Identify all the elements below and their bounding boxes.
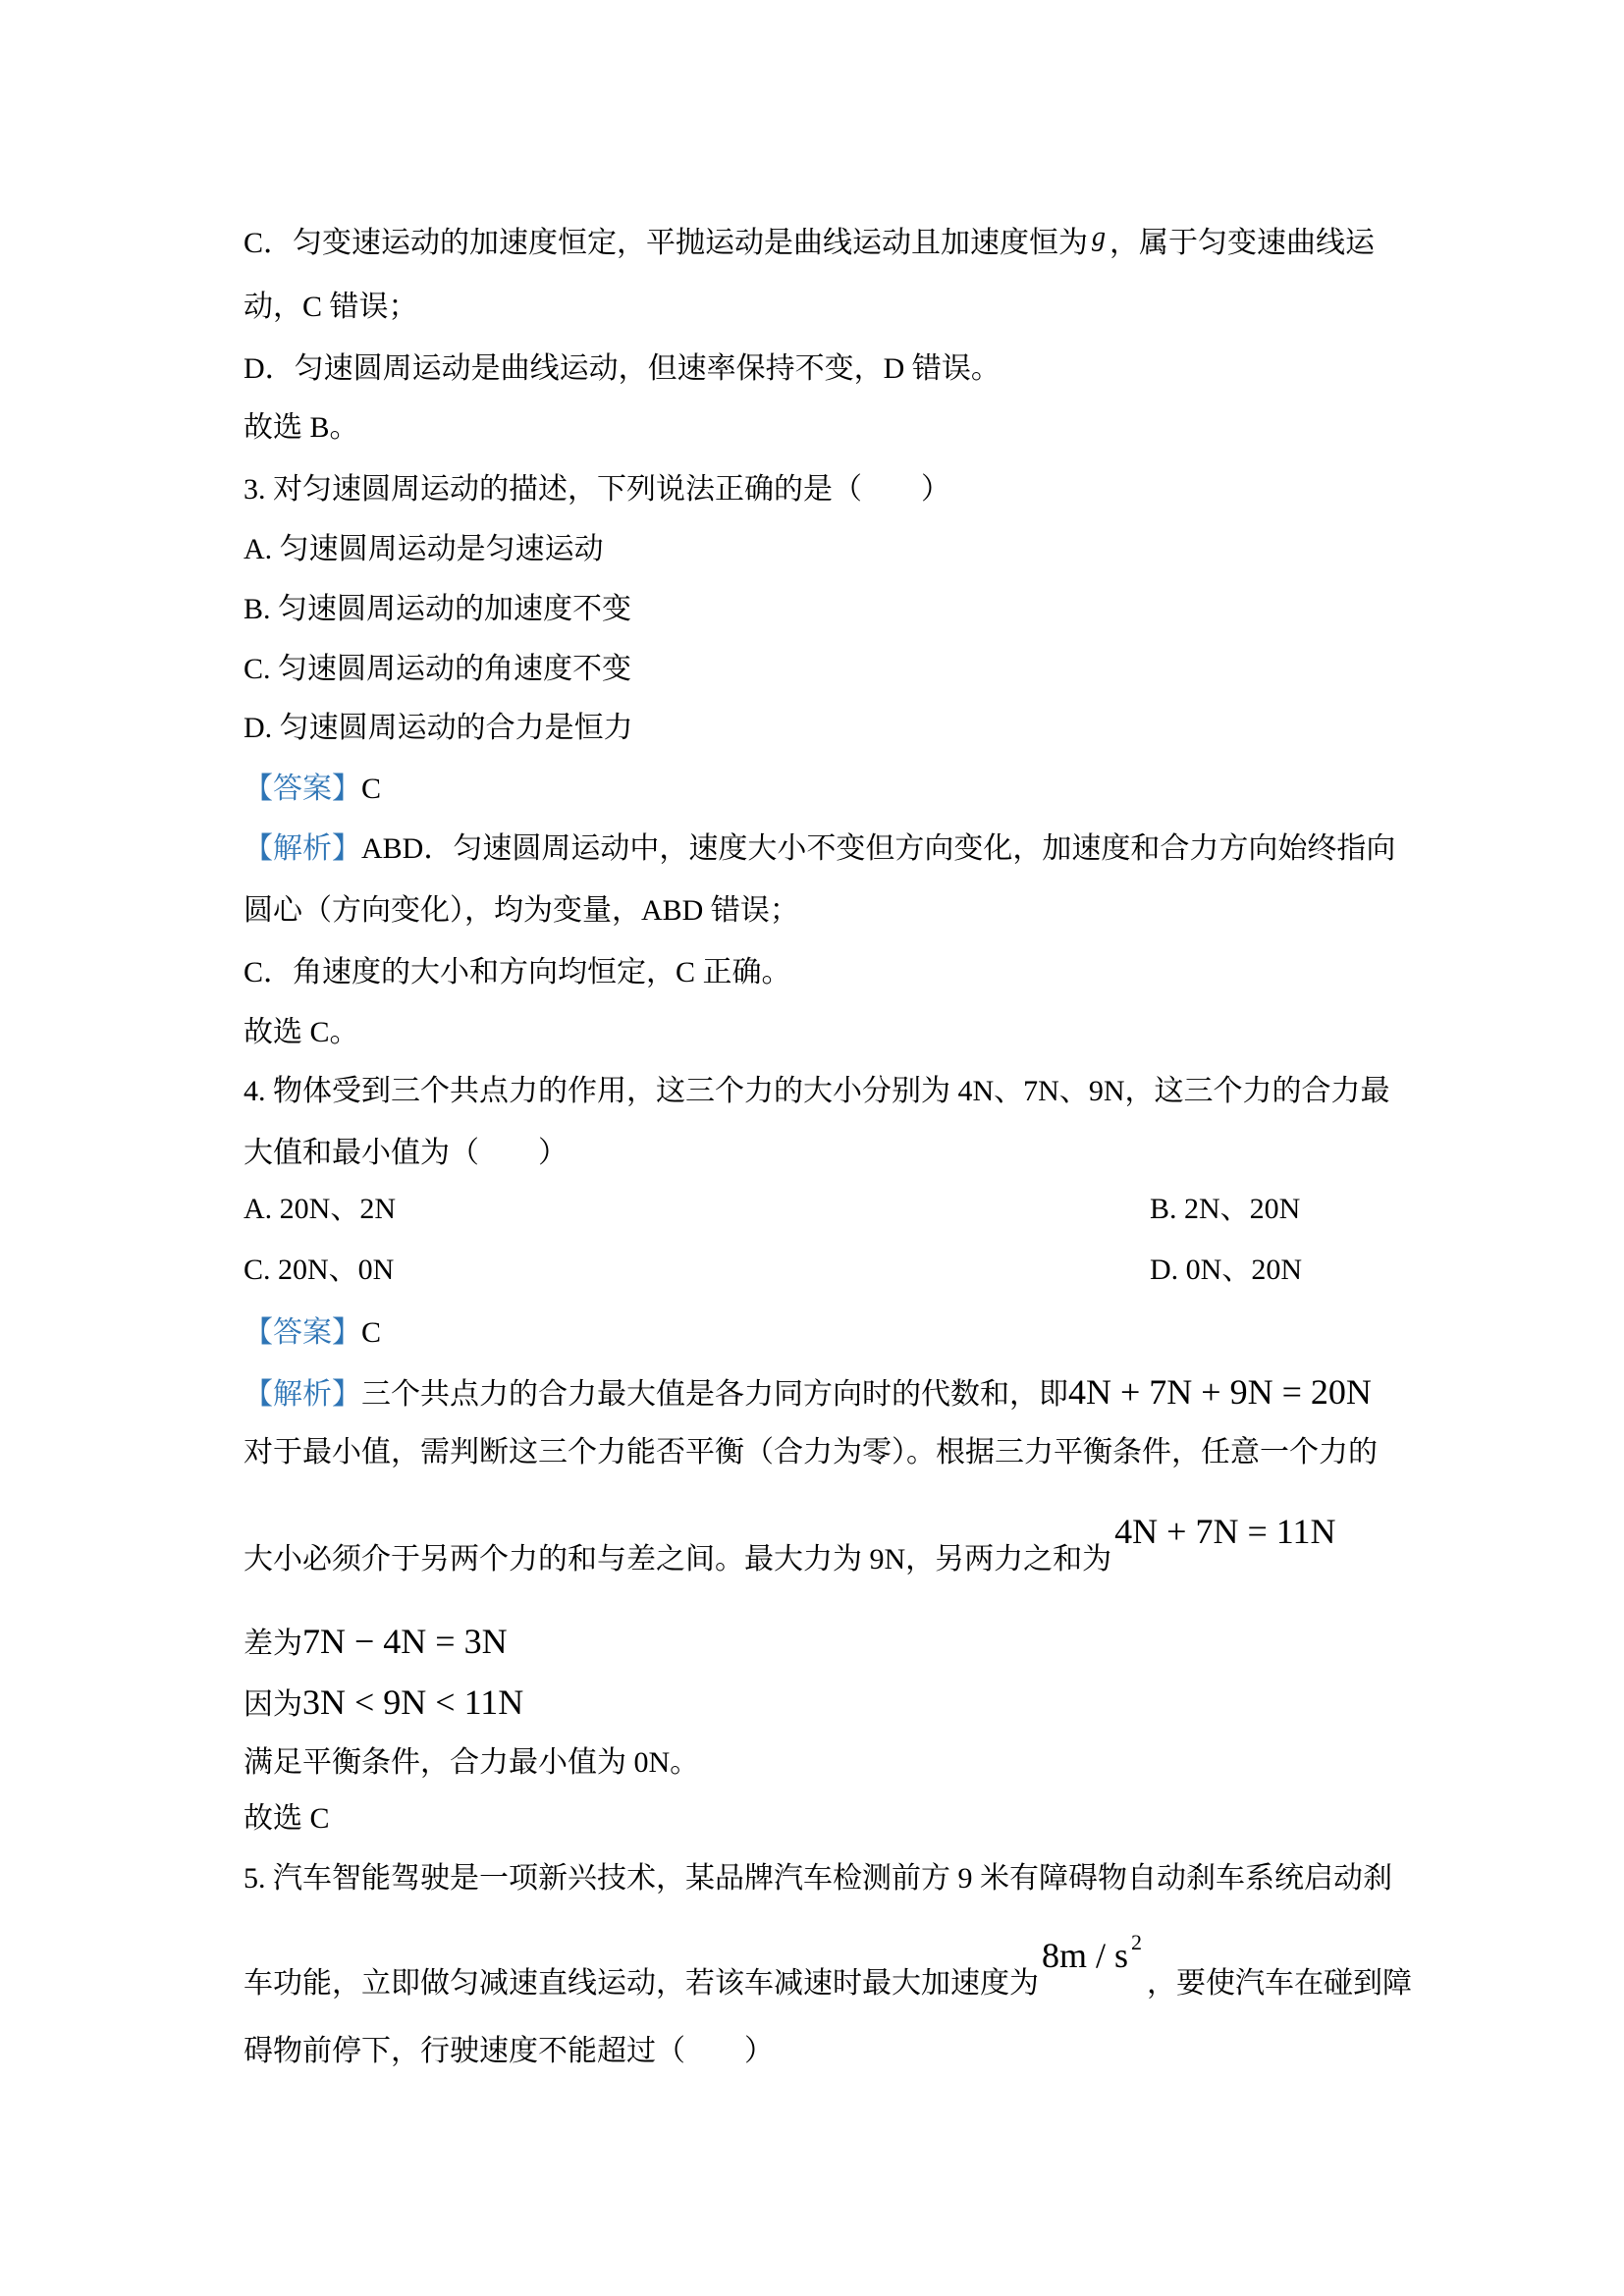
- text-run: 故选 B。: [244, 411, 359, 444]
- text-line: C. 20N、0ND. 0N、20N: [244, 1251, 394, 1290]
- text-run: D. 匀速圆周运动的合力是恒力: [244, 712, 633, 744]
- text-run: 故选 C: [244, 1802, 330, 1835]
- text-line: 故选 B。: [244, 408, 359, 448]
- text-run: D．匀速圆周运动是曲线运动，但速率保持不变，D 错误。: [244, 352, 1001, 385]
- text-run: 满足平衡条件，合力最小值为 0N。: [244, 1746, 699, 1779]
- text-run: 对于最小值，需判断这三个力能否平衡（合力为零）。根据三力平衡条件，任意一个力的: [244, 1436, 1378, 1468]
- text-run: A. 20N、2N: [244, 1193, 396, 1225]
- math-formula-raised: 8m / s: [1042, 1936, 1128, 1975]
- text-line: 3. 对匀速圆周运动的描述，下列说法正确的是（ ）: [244, 470, 950, 509]
- text-run: ，属于匀变速曲线运: [1110, 227, 1375, 259]
- text-line: 大值和最小值为（ ）: [244, 1134, 568, 1173]
- text-line: 4. 物体受到三个共点力的作用，这三个力的大小分别为 4N、7N、9N，这三个力…: [244, 1072, 1390, 1111]
- text-run: ABD．匀速圆周运动中，速度大小不变但方向变化，加速度和合力方向始终指向: [361, 832, 1395, 865]
- text-line: 故选 C。: [244, 1013, 359, 1052]
- text-run: ，要使汽车在碰到障: [1147, 1967, 1412, 2000]
- text-line: 因为3N < 9N < 11N: [244, 1682, 523, 1725]
- document-page: C．匀变速运动的加速度恒定，平抛运动是曲线运动且加速度恒为g，属于匀变速曲线运动…: [0, 0, 1624, 2296]
- text-line: 大小必须介于另两个力的和与差之间。最大力为 9N，另两力之和为4N + 7N =…: [244, 1537, 1338, 1579]
- text-run: 4. 物体受到三个共点力的作用，这三个力的大小分别为 4N、7N、9N，这三个力…: [244, 1075, 1390, 1107]
- text-run: 动，C 错误；: [244, 291, 418, 323]
- text-line: 差为7N − 4N = 3N: [244, 1622, 508, 1664]
- text-run: 大值和最小值为（ ）: [244, 1137, 568, 1169]
- text-run: B. 2N、20N: [1150, 1190, 1300, 1229]
- text-run: C: [361, 1316, 381, 1349]
- text-line: B. 匀速圆周运动的加速度不变: [244, 590, 631, 629]
- text-run: C: [361, 773, 381, 805]
- math-formula-raised: 4N + 7N = 11N: [1114, 1512, 1335, 1551]
- text-line: 动，C 错误；: [244, 288, 418, 327]
- text-run: 差为: [244, 1628, 302, 1660]
- text-run: A. 匀速圆周运动是匀速运动: [244, 533, 604, 565]
- text-line: 对于最小值，需判断这三个力能否平衡（合力为零）。根据三力平衡条件，任意一个力的: [244, 1433, 1378, 1472]
- text-line: 【答案】C: [244, 1313, 381, 1353]
- text-line: 【解析】ABD．匀速圆周运动中，速度大小不变但方向变化，加速度和合力方向始终指向: [244, 829, 1395, 869]
- text-run: 大小必须介于另两个力的和与差之间。最大力为 9N，另两力之和为: [244, 1543, 1111, 1575]
- text-run: 故选 C。: [244, 1016, 359, 1048]
- text-run: C. 匀速圆周运动的角速度不变: [244, 653, 631, 685]
- text-line: C. 匀速圆周运动的角速度不变: [244, 650, 631, 689]
- math-formula: 4N + 7N + 9N = 20N: [1068, 1372, 1372, 1412]
- text-run: 碍物前停下，行驶速度不能超过（ ）: [244, 2035, 774, 2067]
- text-line: 车功能，立即做匀减速直线运动，若该车减速时最大加速度为8m / s2，要使汽车在…: [244, 1961, 1412, 2005]
- text-line: 5. 汽车智能驾驶是一项新兴技术，某品牌汽车检测前方 9 米有障碍物自动刹车系统…: [244, 1859, 1392, 1898]
- text-line: C．角速度的大小和方向均恒定，C 正确。: [244, 953, 791, 992]
- answer-label: 【答案】: [244, 1316, 361, 1349]
- text-run: C．匀变速运动的加速度恒定，平抛运动是曲线运动且加速度恒为: [244, 227, 1088, 259]
- answer-label: 【答案】: [244, 773, 361, 805]
- math-symbol-g: g: [1088, 218, 1110, 257]
- math-formula: 7N − 4N = 3N: [302, 1622, 508, 1661]
- text-line: D. 匀速圆周运动的合力是恒力: [244, 709, 633, 748]
- text-run: 圆心（方向变化），均为变量，ABD 错误；: [244, 894, 799, 927]
- text-line: D．匀速圆周运动是曲线运动，但速率保持不变，D 错误。: [244, 349, 1001, 389]
- text-line: A. 20N、2NB. 2N、20N: [244, 1190, 396, 1229]
- text-line: 故选 C: [244, 1799, 330, 1839]
- text-line: 碍物前停下，行驶速度不能超过（ ）: [244, 2032, 774, 2071]
- text-run: 3. 对匀速圆周运动的描述，下列说法正确的是（ ）: [244, 473, 950, 506]
- text-line: 圆心（方向变化），均为变量，ABD 错误；: [244, 891, 799, 931]
- text-line: 满足平衡条件，合力最小值为 0N。: [244, 1743, 699, 1783]
- text-line: 【解析】三个共点力的合力最大值是各力同方向时的代数和，即4N + 7N + 9N…: [244, 1372, 1372, 1415]
- text-run: 因为: [244, 1688, 302, 1721]
- math-formula: 3N < 9N < 11N: [302, 1682, 523, 1722]
- text-run: 三个共点力的合力最大值是各力同方向时的代数和，即: [361, 1378, 1068, 1411]
- text-run: B. 匀速圆周运动的加速度不变: [244, 593, 631, 625]
- text-run: 5. 汽车智能驾驶是一项新兴技术，某品牌汽车检测前方 9 米有障碍物自动刹车系统…: [244, 1862, 1392, 1895]
- text-run: D. 0N、20N: [1150, 1251, 1302, 1290]
- math-superscript: 2: [1131, 1923, 1142, 1962]
- text-run: 车功能，立即做匀减速直线运动，若该车减速时最大加速度为: [244, 1967, 1039, 2000]
- text-run: C. 20N、0N: [244, 1254, 394, 1286]
- text-run: C．角速度的大小和方向均恒定，C 正确。: [244, 956, 791, 988]
- text-line: A. 匀速圆周运动是匀速运动: [244, 530, 604, 569]
- text-line: C．匀变速运动的加速度恒定，平抛运动是曲线运动且加速度恒为g，属于匀变速曲线运: [244, 224, 1375, 264]
- text-line: 【答案】C: [244, 770, 381, 809]
- answer-label: 【解析】: [244, 1378, 361, 1411]
- answer-label: 【解析】: [244, 832, 361, 865]
